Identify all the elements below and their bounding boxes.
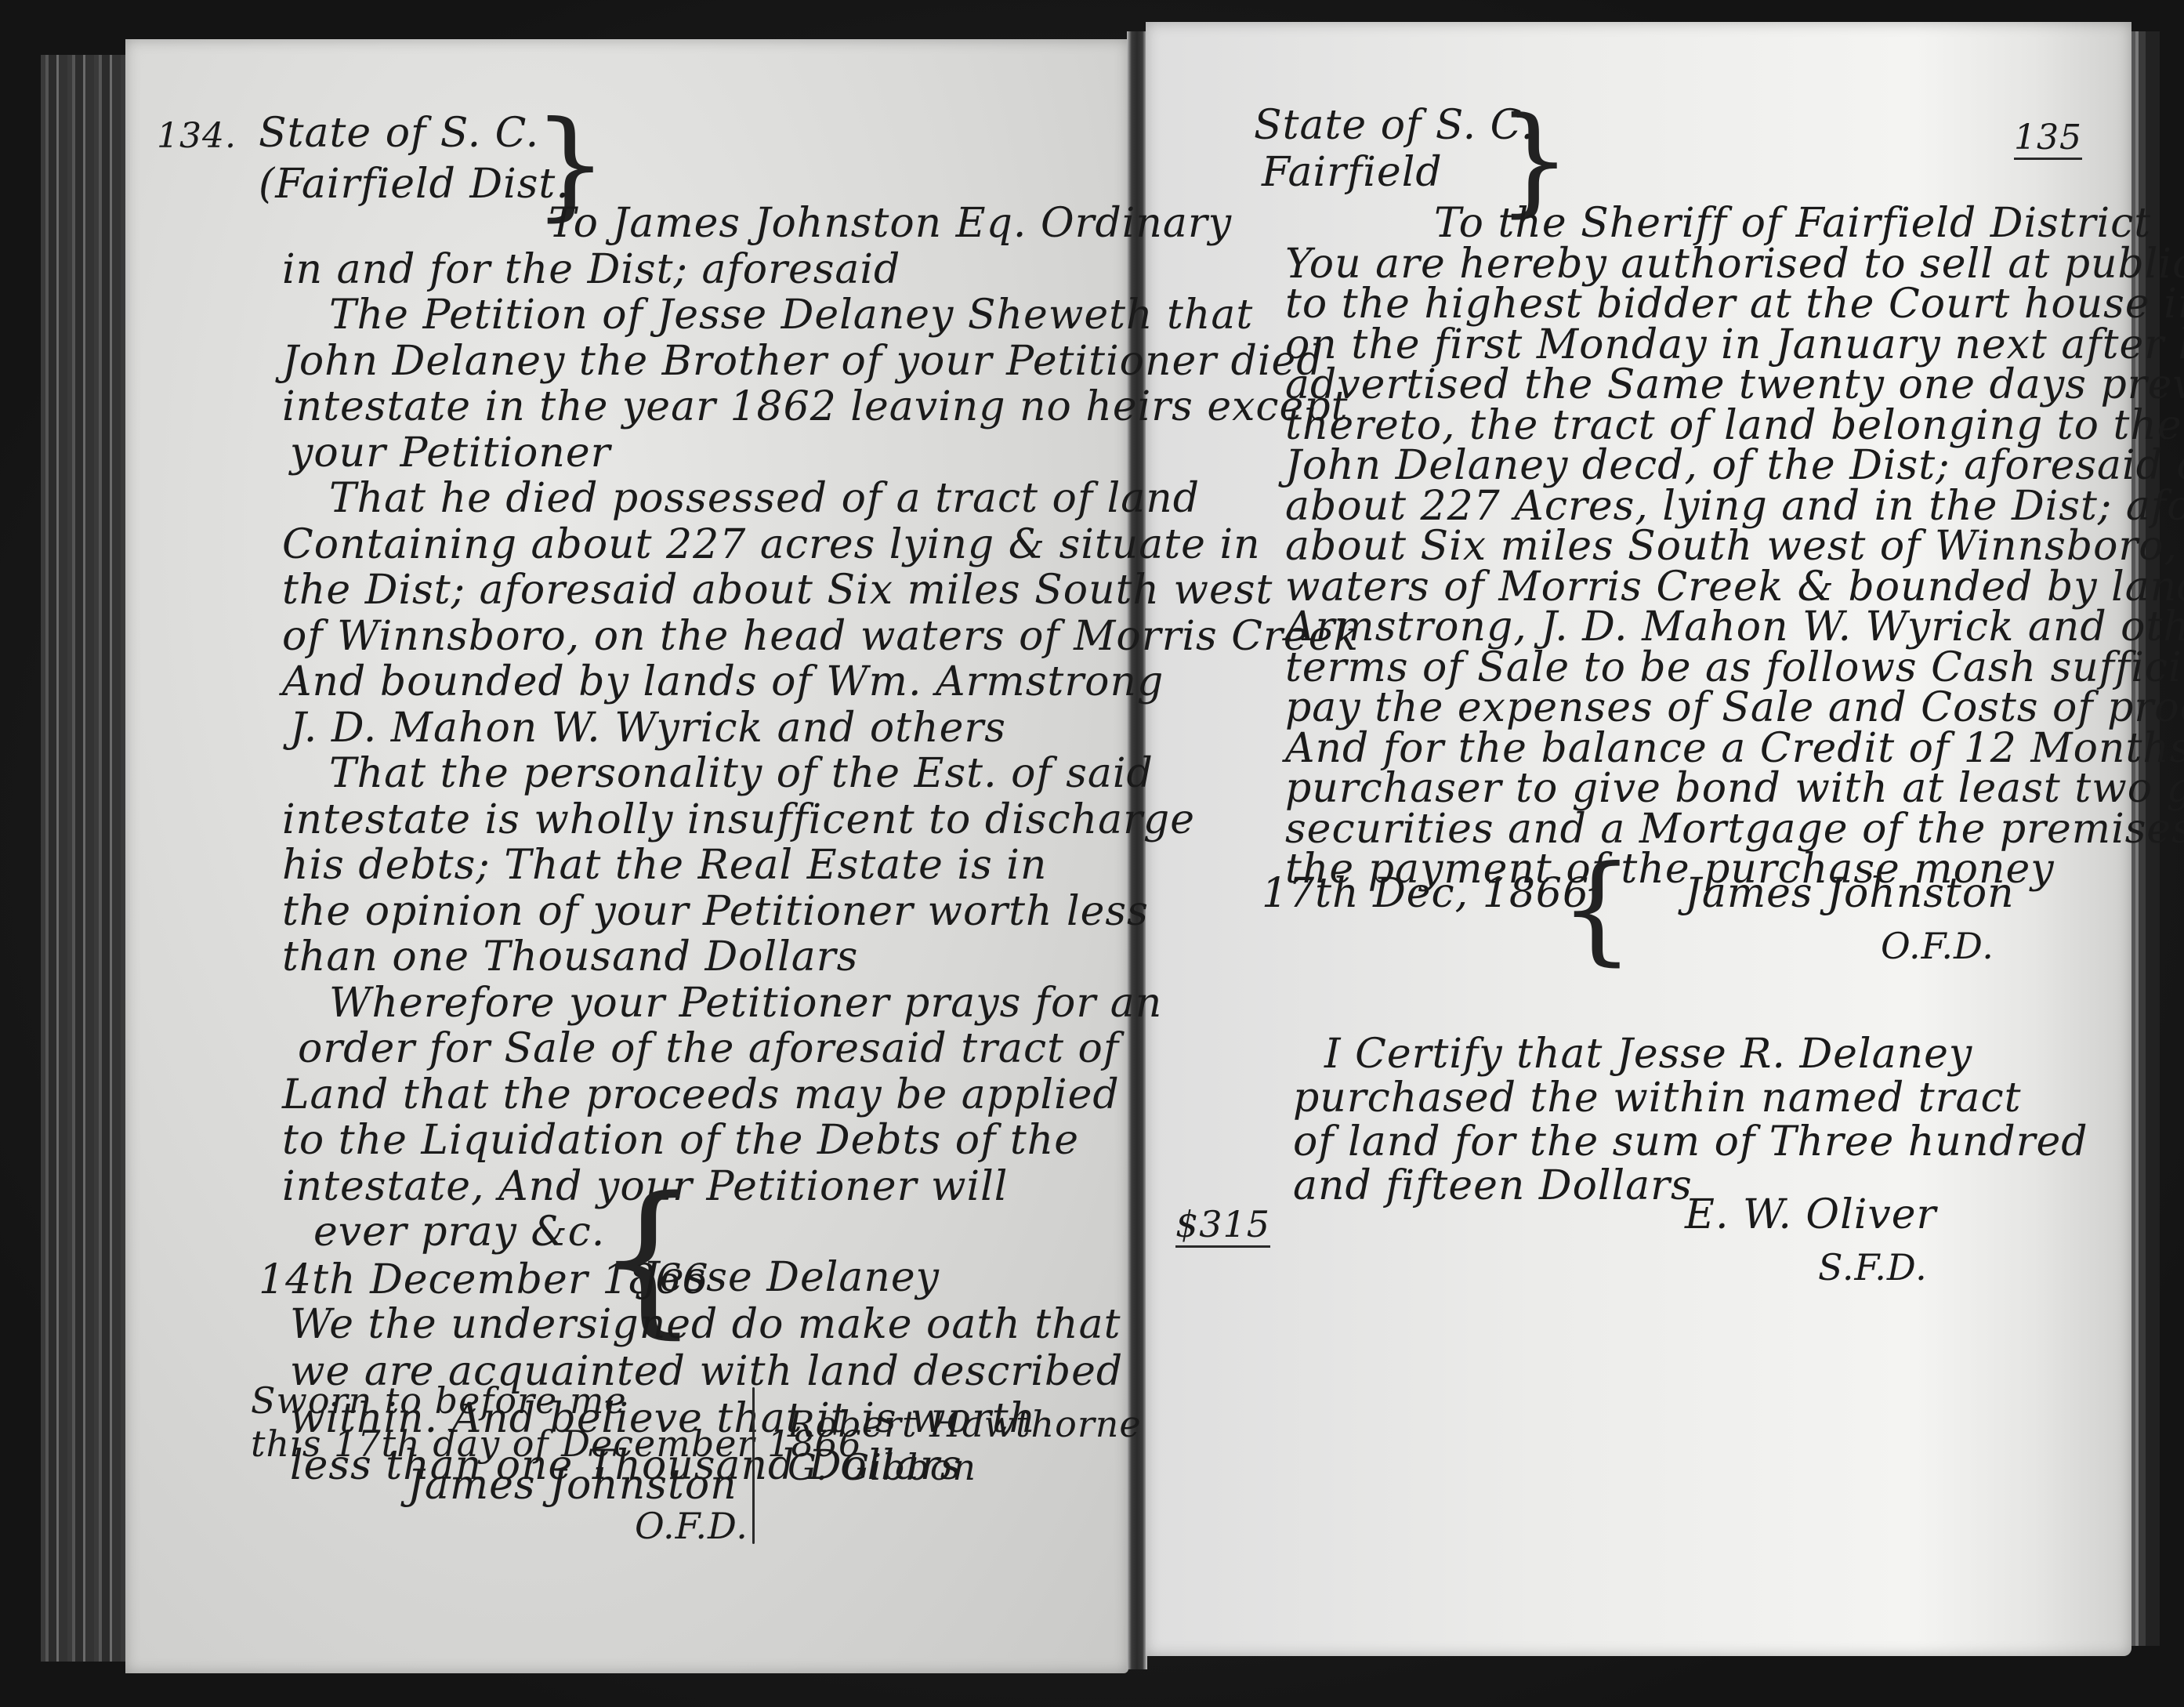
text-line: intestate is wholly insufficent to disch… xyxy=(282,796,1195,843)
page-number-left: 134. xyxy=(157,116,237,156)
text-line: of Winnsboro, on the head waters of Morr… xyxy=(282,613,1359,660)
text-line: of land for the sum of Three hundred xyxy=(1293,1118,2088,1165)
sheriff-title: S.F.D. xyxy=(1818,1246,1928,1288)
purchase-amount: $315 xyxy=(1175,1203,1270,1248)
witness-signature-2: G. Gibbon xyxy=(788,1446,976,1488)
right-header-state: State of S. C. xyxy=(1254,102,1534,149)
text-line: Containing about 227 acres lying & situa… xyxy=(282,521,1261,568)
text-line: And bounded by lands of Wm. Armstrong xyxy=(282,658,1164,705)
text-line: That the personality of the Est. of said xyxy=(329,750,1154,797)
order-brace: { xyxy=(1559,850,1634,968)
order-date: 17th Dec, 1866 xyxy=(1262,870,1589,917)
witness-signature-1: Robert Hawthorne xyxy=(788,1403,1142,1445)
right-header-district: Fairfield xyxy=(1262,149,1443,196)
text-line: ever pray &c. xyxy=(313,1209,605,1256)
text-line: purchased the within named tract xyxy=(1293,1075,2022,1122)
text-line: in and for the Dist; aforesaid xyxy=(282,246,900,293)
page-number-right: 135 xyxy=(2014,118,2082,160)
text-line: We the undersigned do make oath that xyxy=(290,1301,1121,1348)
text-line: the Dist; aforesaid about Six miles Sout… xyxy=(282,567,1273,614)
order-title: O.F.D. xyxy=(1881,925,1994,967)
text-line: your Petitioner xyxy=(290,429,610,477)
text-line: his debts; That the Real Estate is in xyxy=(282,842,1047,889)
text-line: The Petition of Jesse Delaney Sheweth th… xyxy=(329,292,1253,339)
text-line: John Delaney the Brother of your Petitio… xyxy=(282,338,1324,385)
left-header-state: State of S. C. xyxy=(259,110,539,157)
sheriff-signature: E. W. Oliver xyxy=(1685,1191,1936,1238)
text-line: the opinion of your Petitioner worth les… xyxy=(282,888,1149,935)
text-line: J. D. Mahon W. Wyrick and others xyxy=(290,705,1006,752)
text-line: to the Liquidation of the Debts of the xyxy=(282,1117,1079,1164)
sworn-line-2: this 17th day of December 1866 xyxy=(251,1422,862,1465)
text-line: Wherefore your Petitioner prays for an xyxy=(329,980,1162,1027)
sworn-line-1: Sworn to before me xyxy=(251,1379,627,1422)
text-line: intestate in the year 1862 leaving no he… xyxy=(282,383,1349,430)
ordinary-title: O.F.D. xyxy=(635,1505,748,1547)
text-line: Land that the proceeds may be applied xyxy=(282,1071,1120,1118)
text-line: order for Sale of the aforesaid tract of xyxy=(298,1025,1119,1072)
text-line: I Certify that Jesse R. Delaney xyxy=(1324,1031,1972,1078)
left-header-district: (Fairfield Dist. xyxy=(259,161,570,208)
petitioner-signature: Jesse Delaney xyxy=(643,1254,940,1301)
text-line: To James Johnston Eq. Ordinary xyxy=(549,200,1232,247)
text-line: than one Thousand Dollars xyxy=(282,933,858,980)
order-signature: James Johnston xyxy=(1685,870,2015,917)
text-line: and fifteen Dollars xyxy=(1293,1162,1693,1209)
ordinary-signature: James Johnston xyxy=(407,1462,737,1509)
book-binding-left xyxy=(41,55,125,1662)
witness-divider xyxy=(752,1387,755,1544)
text-line: That he died possessed of a tract of lan… xyxy=(329,475,1200,522)
